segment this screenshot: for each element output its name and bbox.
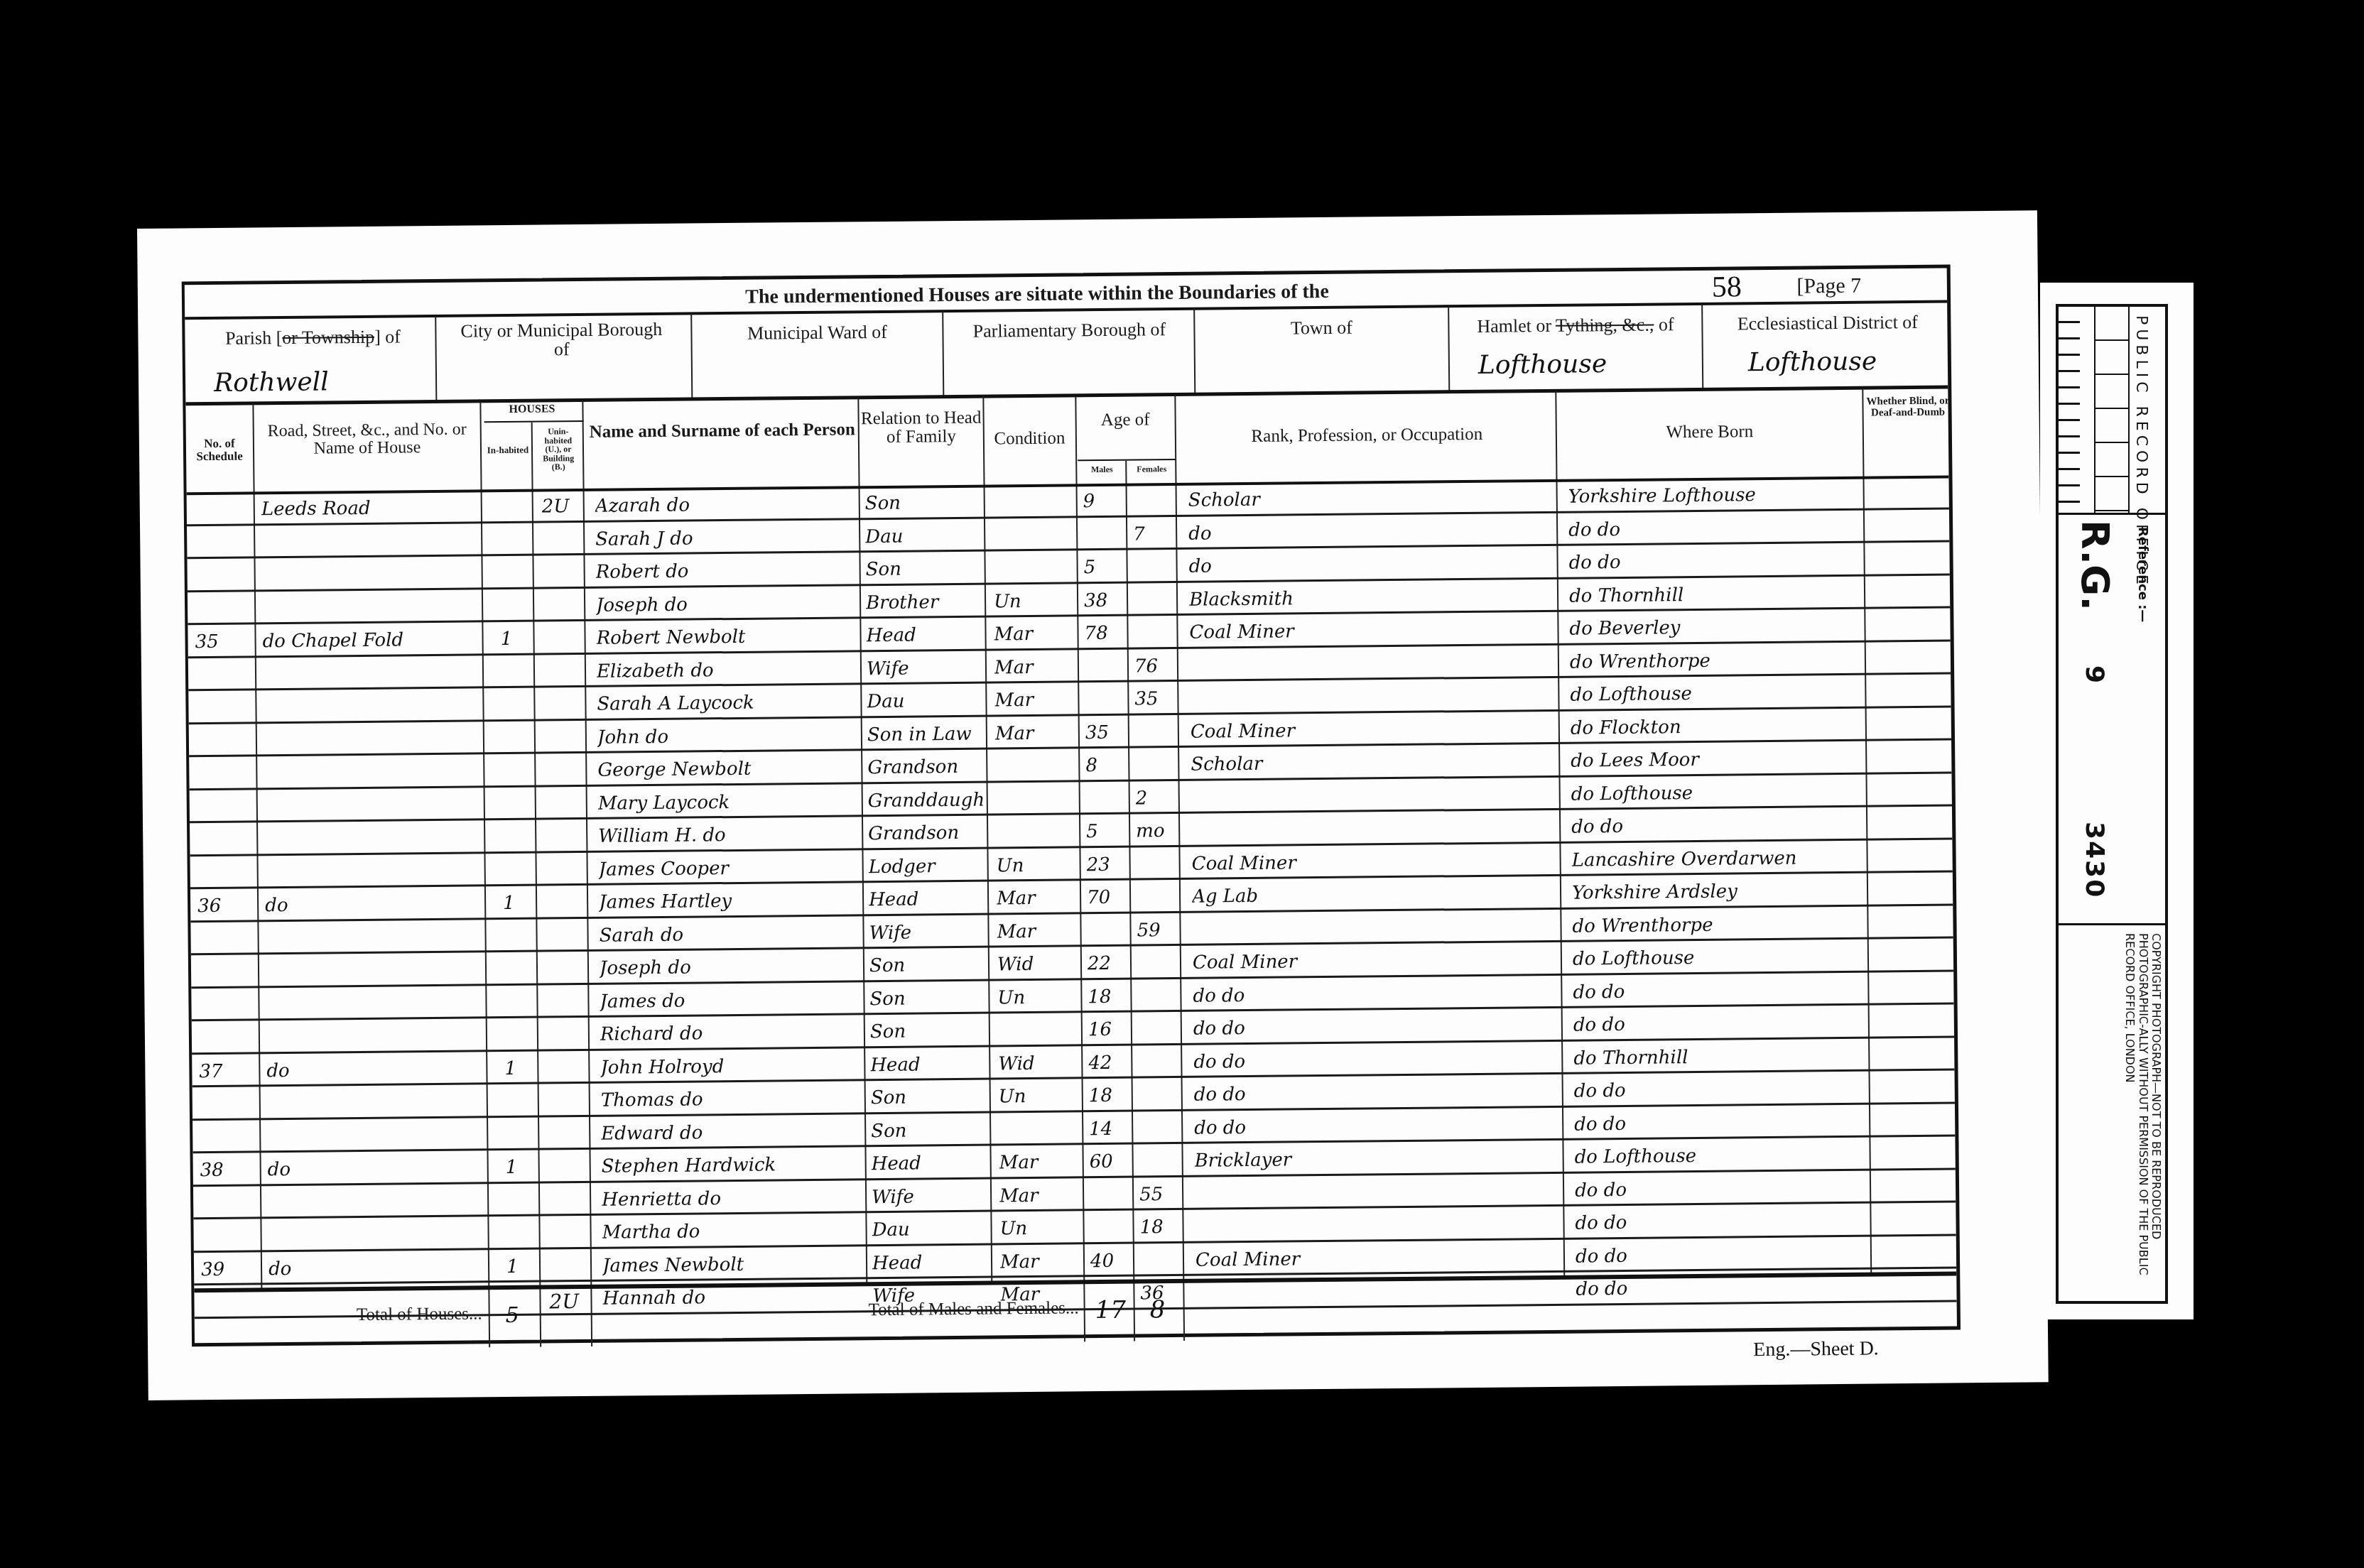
blind-cell	[1875, 1044, 1953, 1045]
blind-cell	[1875, 978, 1953, 979]
road-cell	[267, 1124, 480, 1126]
condition-cell: Un	[997, 854, 1078, 876]
condition-cell: Wid	[997, 953, 1079, 975]
birthplace-cell: do Wrenthorpe	[1570, 648, 1861, 673]
road-cell	[262, 562, 475, 565]
road-cell: do	[269, 1256, 482, 1280]
relation-cell: Son	[871, 1087, 988, 1109]
female-age-cell	[1137, 985, 1180, 986]
uninhabited-cell	[548, 1090, 587, 1091]
occupation-cell	[1191, 817, 1557, 820]
schedule-cell	[197, 928, 254, 929]
name-cell: Stephen Hardwick	[602, 1153, 861, 1177]
schedule-cell	[200, 1126, 256, 1127]
condition-cell: Mar	[995, 722, 1077, 744]
occupation-cell	[1191, 783, 1557, 787]
condition-cell	[994, 557, 1075, 557]
female-age-cell	[1133, 490, 1176, 491]
birthplace-cell: Yorkshire Ardsley	[1572, 880, 1863, 904]
condition-cell: Un	[999, 1217, 1081, 1239]
schedule-cell	[199, 1027, 256, 1028]
condition-cell: Mar	[999, 1151, 1081, 1173]
scale-boxes	[2094, 307, 2130, 513]
blind-cell	[1871, 582, 1949, 582]
divider	[185, 386, 1948, 406]
occupation-cell	[1192, 915, 1558, 919]
road-cell	[265, 860, 478, 862]
occupation-cell	[1190, 651, 1556, 655]
name-cell: Mary Laycock	[598, 790, 857, 815]
uninhabited-cell	[545, 826, 584, 827]
female-age-cell	[1134, 622, 1176, 623]
male-age-cell: 18	[1088, 986, 1130, 1008]
schedule-cell	[200, 1192, 257, 1193]
male-age-cell	[1083, 523, 1126, 524]
occupation-cell: do do	[1194, 1114, 1560, 1138]
name-cell: George Newbolt	[597, 757, 857, 781]
female-age-cell	[1135, 754, 1178, 755]
birthplace-cell: do Thornhill	[1569, 582, 1860, 606]
city-label: City or Municipal Borough of	[455, 320, 668, 360]
female-age-cell	[1134, 589, 1176, 589]
uninhabited-cell	[542, 529, 581, 530]
road-cell	[267, 1091, 480, 1093]
divider	[1701, 304, 1703, 389]
condition-cell: Un	[994, 590, 1075, 612]
schedule-cell	[197, 796, 254, 797]
schedule-cell: 38	[200, 1159, 257, 1181]
birthplace-cell: do Flockton	[1571, 714, 1862, 739]
schedule-cell	[194, 532, 251, 533]
blind-cell	[1877, 1209, 1955, 1209]
uninhabited-cell	[548, 1156, 587, 1157]
name-cell: William H. do	[598, 823, 857, 847]
uninhabited-cell	[548, 1123, 587, 1123]
birthplace-cell: do Lofthouse	[1570, 682, 1861, 706]
condition-cell: Mar	[994, 656, 1076, 678]
condition-cell: Mar	[999, 1185, 1081, 1207]
parish-value: Rothwell	[214, 367, 329, 398]
birthplace-cell: do do	[1575, 1210, 1866, 1234]
schedule-cell	[200, 1225, 257, 1226]
ruler-ticks	[2059, 307, 2094, 513]
name-cell: Azarah do	[595, 493, 855, 517]
blind-cell	[1876, 1110, 1954, 1111]
hamlet-label: Hamlet or Tything, &c., of	[1453, 315, 1698, 337]
birthplace-cell: do do	[1568, 550, 1860, 574]
schedule-cell: 36	[197, 895, 254, 917]
name-cell: Sarah J do	[595, 526, 855, 550]
page-label: [Page 7	[1772, 274, 1886, 298]
schedule-cell	[196, 763, 253, 763]
male-age-cell: 5	[1086, 821, 1129, 843]
female-age-cell	[1135, 721, 1178, 722]
folio-number: 58	[1712, 270, 1742, 304]
relation-cell: Dau	[872, 1219, 989, 1241]
col-condition: Condition	[985, 429, 1074, 448]
condition-cell	[996, 788, 1078, 789]
uninhabited-cell	[543, 628, 582, 628]
col-born: Where Born	[1557, 422, 1863, 443]
name-cell: Elizabeth do	[597, 658, 856, 682]
road-cell: do	[265, 893, 478, 916]
blind-cell	[1875, 945, 1953, 946]
relation-cell: Head	[869, 888, 986, 911]
condition-cell	[993, 524, 1075, 525]
schedule-cell	[195, 697, 252, 697]
relation-cell: Dau	[867, 690, 984, 713]
schedule-cell	[200, 1093, 256, 1094]
relation-cell: Son	[869, 954, 987, 977]
female-age-cell	[1137, 886, 1179, 887]
male-age-cell: 16	[1088, 1019, 1131, 1041]
road-cell	[268, 1190, 481, 1192]
condition-cell: Mar	[997, 920, 1078, 942]
relation-cell: Head	[870, 1053, 987, 1076]
male-age-cell: 78	[1084, 623, 1127, 645]
male-age-cell: 23	[1087, 854, 1129, 876]
uninhabited-cell	[548, 1222, 587, 1223]
birthplace-cell: do do	[1576, 1276, 1867, 1300]
condition-cell: Wid	[998, 1052, 1080, 1074]
blind-cell	[1874, 879, 1952, 880]
birthplace-cell: do do	[1573, 1012, 1865, 1036]
occupation-cell: Coal Miner	[1189, 619, 1555, 643]
male-age-cell: 22	[1088, 953, 1130, 975]
road-cell	[263, 695, 476, 697]
reference-slip: PUBLIC RECORD OFFICE Reference :— R.G. 9…	[2040, 283, 2194, 1319]
birthplace-cell: do do	[1576, 1243, 1867, 1267]
male-age-cell: 42	[1088, 1052, 1131, 1074]
col-schedule: No. of Schedule	[188, 437, 251, 463]
male-age-cell	[1085, 689, 1127, 690]
name-cell: Martha do	[602, 1219, 861, 1243]
divider	[1193, 309, 1195, 394]
blind-cell	[1872, 714, 1951, 714]
divider	[1448, 306, 1450, 391]
name-cell: Edward do	[601, 1121, 860, 1145]
relation-cell: Wife	[869, 921, 986, 944]
birthplace-cell: do do	[1574, 1111, 1865, 1135]
slip-class: R.G.	[2073, 520, 2118, 611]
inhabited-cell: 1	[506, 1256, 535, 1277]
relation-cell: Son	[870, 1020, 987, 1043]
occupation-cell: do do	[1193, 1047, 1559, 1072]
blind-cell	[1876, 1143, 1954, 1144]
uninhabited-cell	[546, 892, 585, 893]
uninhabited-cell	[544, 727, 583, 728]
relation-cell: Grandson	[867, 756, 985, 779]
male-age-cell	[1090, 1184, 1132, 1185]
name-cell: Sarah A Laycock	[597, 691, 856, 715]
road-cell	[268, 1223, 481, 1225]
female-age-cell	[1138, 1018, 1181, 1019]
relation-cell: Head	[866, 624, 983, 647]
occupation-cell: Scholar	[1191, 751, 1556, 775]
male-age-cell: 18	[1089, 1085, 1132, 1107]
road-cell	[266, 1025, 479, 1027]
blind-cell	[1870, 516, 1948, 516]
divider	[2059, 513, 2165, 515]
road-cell: do	[266, 1058, 479, 1082]
birthplace-cell: do do	[1568, 516, 1860, 540]
uninhabited-cell	[547, 1057, 586, 1057]
male-age-cell	[1087, 920, 1129, 920]
eccl-label: Ecclesiastical District of	[1705, 312, 1950, 334]
name-cell: Sarah do	[599, 922, 858, 947]
total-houses-inhabited: 5	[506, 1303, 519, 1328]
schedule-cell: 35	[195, 631, 251, 653]
male-age-cell: 35	[1085, 722, 1128, 744]
male-age-cell: 70	[1087, 887, 1129, 909]
schedule-cell	[198, 994, 255, 995]
col-road: Road, Street, &c., and No. or Name of Ho…	[257, 420, 477, 458]
schedule-cell	[194, 499, 251, 499]
relation-cell: Wife	[872, 1185, 989, 1208]
female-age-cell: 76	[1134, 655, 1177, 677]
schedule-cell	[196, 730, 253, 731]
male-age-cell: 14	[1089, 1118, 1132, 1140]
occupation-cell	[1195, 1180, 1561, 1183]
col-blind: Whether Blind, or Deaf-and-Dumb	[1863, 396, 1952, 419]
name-cell: Henrietta do	[602, 1187, 861, 1211]
female-age-cell	[1138, 1051, 1181, 1052]
parl-label: Parliamentary Borough of	[952, 320, 1186, 341]
condition-cell: Mar	[994, 623, 1075, 645]
total-females: 8	[1149, 1295, 1165, 1324]
road-cell	[266, 992, 479, 994]
female-age-cell	[1140, 1249, 1183, 1250]
condition-cell	[995, 755, 1077, 756]
occupation-cell: Ag Lab	[1192, 883, 1558, 908]
female-age-cell: 7	[1133, 523, 1176, 545]
schedule-cell	[197, 862, 254, 863]
col-males: Males	[1078, 465, 1126, 474]
eccl-value: Lofthouse	[1748, 347, 1877, 378]
slip-reference-label: Reference :—	[2135, 527, 2150, 622]
name-cell: James do	[600, 989, 859, 1013]
uninhabited-cell: 2U	[542, 496, 581, 518]
occupation-cell: Bricklayer	[1195, 1147, 1561, 1172]
occupation-cell: Coal Miner	[1191, 717, 1556, 742]
ruler	[2059, 307, 2095, 513]
road-cell	[264, 827, 477, 829]
col-occupation: Rank, Profession, or Occupation	[1181, 425, 1554, 447]
col-relation: Relation to Head of Family	[860, 409, 981, 447]
uninhabited-cell	[545, 793, 584, 794]
name-cell: Joseph do	[596, 592, 855, 616]
birthplace-cell: do Lofthouse	[1571, 780, 1863, 805]
blind-cell	[1876, 1077, 1954, 1078]
uninhabited-cell	[548, 1189, 587, 1189]
condition-cell	[996, 821, 1078, 822]
birthplace-cell: do do	[1575, 1177, 1866, 1201]
condition-cell: Mar	[994, 689, 1076, 711]
schedule-cell	[195, 664, 252, 665]
occupation-cell: Coal Miner	[1195, 1246, 1561, 1270]
relation-cell: Dau	[865, 525, 982, 548]
condition-cell: Un	[999, 1085, 1080, 1107]
uninhabited-cell	[546, 925, 585, 925]
blind-cell	[1872, 648, 1950, 648]
name-cell: John Holroyd	[600, 1055, 860, 1079]
female-age-cell: 35	[1134, 688, 1177, 710]
occupation-cell: Scholar	[1188, 486, 1554, 511]
condition-cell: Mar	[997, 887, 1078, 909]
name-cell: Richard do	[600, 1021, 860, 1045]
relation-cell: Son in Law	[867, 723, 985, 746]
blind-cell	[1870, 483, 1948, 484]
road-cell	[261, 530, 475, 532]
total-houses-label: Total of Houses...	[266, 1305, 482, 1325]
blind-cell	[1871, 615, 1949, 616]
uninhabited-cell	[546, 859, 585, 859]
schedule-cell: 39	[201, 1258, 258, 1280]
schedule-cell: 37	[199, 1060, 256, 1082]
occupation-cell: do do	[1194, 1081, 1560, 1106]
female-age-cell	[1139, 1117, 1181, 1118]
male-age-cell: 5	[1083, 557, 1126, 579]
birthplace-cell: Yorkshire Lofthouse	[1568, 484, 1860, 508]
road-cell: do	[268, 1157, 481, 1180]
sheet-label: Eng.—Sheet D.	[1753, 1338, 1879, 1362]
road-cell	[264, 728, 477, 730]
male-age-cell: 40	[1090, 1250, 1133, 1272]
male-age-cell	[1090, 1217, 1132, 1218]
female-age-cell	[1139, 1084, 1181, 1085]
relation-cell: Head	[872, 1153, 989, 1175]
female-age-cell: 2	[1136, 787, 1178, 809]
parish-label: Parish [or Township] of	[199, 327, 426, 348]
town-label: Town of	[1200, 317, 1442, 339]
occupation-cell: do do	[1193, 981, 1558, 1006]
slip-piece-series: 9	[2080, 665, 2109, 683]
male-age-cell: 38	[1084, 589, 1127, 611]
blind-cell	[1873, 813, 1951, 814]
divider	[2059, 923, 2165, 925]
relation-cell: Grandson	[868, 822, 985, 845]
census-form: The undermentioned Houses are situate wi…	[182, 264, 1961, 1346]
relation-cell: Head	[872, 1251, 989, 1274]
uninhabited-cell	[546, 958, 585, 959]
birthplace-cell: do Beverley	[1569, 616, 1860, 640]
relation-cell: Brother	[866, 591, 983, 614]
birthplace-cell: do Lofthouse	[1573, 946, 1864, 970]
name-cell: James Newbolt	[602, 1253, 862, 1277]
relation-cell: Son	[866, 558, 983, 581]
occupation-cell: do do	[1193, 1015, 1559, 1040]
occupation-cell: Coal Miner	[1192, 849, 1558, 874]
divider	[942, 311, 944, 396]
name-cell: Joseph do	[600, 955, 859, 979]
occupation-cell	[1190, 685, 1556, 688]
birthplace-cell: do Thornhill	[1573, 1045, 1865, 1069]
road-cell	[266, 959, 479, 961]
divider	[484, 420, 584, 423]
relation-cell: Lodger	[869, 855, 986, 878]
col-houses: HOUSES	[484, 403, 580, 416]
condition-cell: Un	[997, 986, 1079, 1008]
relation-cell: Wife	[867, 657, 984, 680]
occupation-cell: Coal Miner	[1193, 949, 1558, 974]
birthplace-cell: do Lofthouse	[1575, 1144, 1866, 1168]
col-name: Name and Surname of each Person	[587, 420, 857, 442]
occupation-cell: do	[1188, 552, 1554, 577]
title-line: The undermentioned Houses are situate wi…	[682, 281, 1392, 308]
inhabited-cell: 1	[503, 893, 531, 914]
divider	[435, 316, 437, 401]
male-age-cell: 9	[1083, 491, 1126, 513]
uninhabited-cell	[543, 595, 582, 596]
male-age-cell: 8	[1085, 755, 1128, 777]
name-cell: James Hartley	[599, 889, 858, 913]
slip-copyright: COPYRIGHT PHOTOGRAPH—NOT TO BE REPRODUCE…	[2063, 933, 2162, 1288]
road-cell	[264, 761, 477, 763]
blind-cell	[1877, 1242, 1956, 1243]
blind-cell	[1874, 912, 1952, 913]
occupation-cell: Blacksmith	[1189, 585, 1555, 610]
name-cell: John do	[597, 724, 857, 748]
inhabited-cell: 1	[504, 1057, 533, 1079]
census-page: The undermentioned Houses are situate wi…	[137, 210, 2049, 1400]
birthplace-cell: do Wrenthorpe	[1572, 913, 1863, 937]
blind-cell	[1870, 549, 1948, 550]
uninhabited-cell	[546, 991, 585, 991]
female-age-cell: 59	[1137, 919, 1179, 941]
female-age-cell	[1133, 556, 1176, 557]
blind-cell	[1877, 1176, 1955, 1177]
inhabited-cell: 1	[506, 1157, 534, 1178]
col-uninhabited: Unin-habited (U.), or Building (B.)	[536, 427, 582, 472]
male-age-cell	[1085, 655, 1127, 656]
birthplace-cell: do do	[1573, 979, 1864, 1003]
total-males: 17	[1095, 1296, 1126, 1324]
female-age-cell	[1137, 952, 1180, 953]
name-cell: Thomas do	[601, 1087, 860, 1111]
name-cell: James Cooper	[599, 856, 858, 881]
uninhabited-cell	[549, 1255, 588, 1256]
slip-piece-number: 3430	[2080, 822, 2109, 898]
road-cell: Leeds Road	[261, 496, 475, 520]
female-age-cell	[1139, 1150, 1182, 1151]
col-age: Age of	[1078, 410, 1173, 430]
birthplace-cell: do do	[1574, 1078, 1865, 1102]
female-age-cell: 55	[1139, 1183, 1182, 1205]
blind-cell	[1875, 1011, 1953, 1012]
condition-cell	[998, 1019, 1080, 1020]
road-cell: do Chapel Fold	[262, 628, 475, 652]
occupation-cell: do	[1188, 519, 1554, 544]
relation-cell: Son	[871, 1119, 988, 1142]
road-cell	[265, 926, 478, 928]
ward-label: Municipal Ward of	[703, 322, 931, 343]
hamlet-value: Lofthouse	[1478, 349, 1607, 380]
uninhabited-cell	[543, 694, 582, 695]
birthplace-cell: do do	[1571, 814, 1863, 838]
divider	[690, 314, 693, 399]
schedule-cell	[197, 829, 254, 829]
relation-cell: Son	[869, 987, 987, 1010]
condition-cell	[993, 491, 1075, 491]
uninhabited-cell	[543, 562, 582, 562]
birthplace-cell: do Lees Moor	[1571, 748, 1862, 772]
birthplace-cell: Lancashire Overdarwen	[1571, 846, 1863, 871]
name-cell: Robert do	[596, 559, 855, 583]
blind-cell	[1872, 681, 1950, 682]
uninhabited-cell	[547, 1024, 586, 1025]
schedule-cell	[195, 565, 251, 565]
schedule-cell	[195, 598, 251, 599]
